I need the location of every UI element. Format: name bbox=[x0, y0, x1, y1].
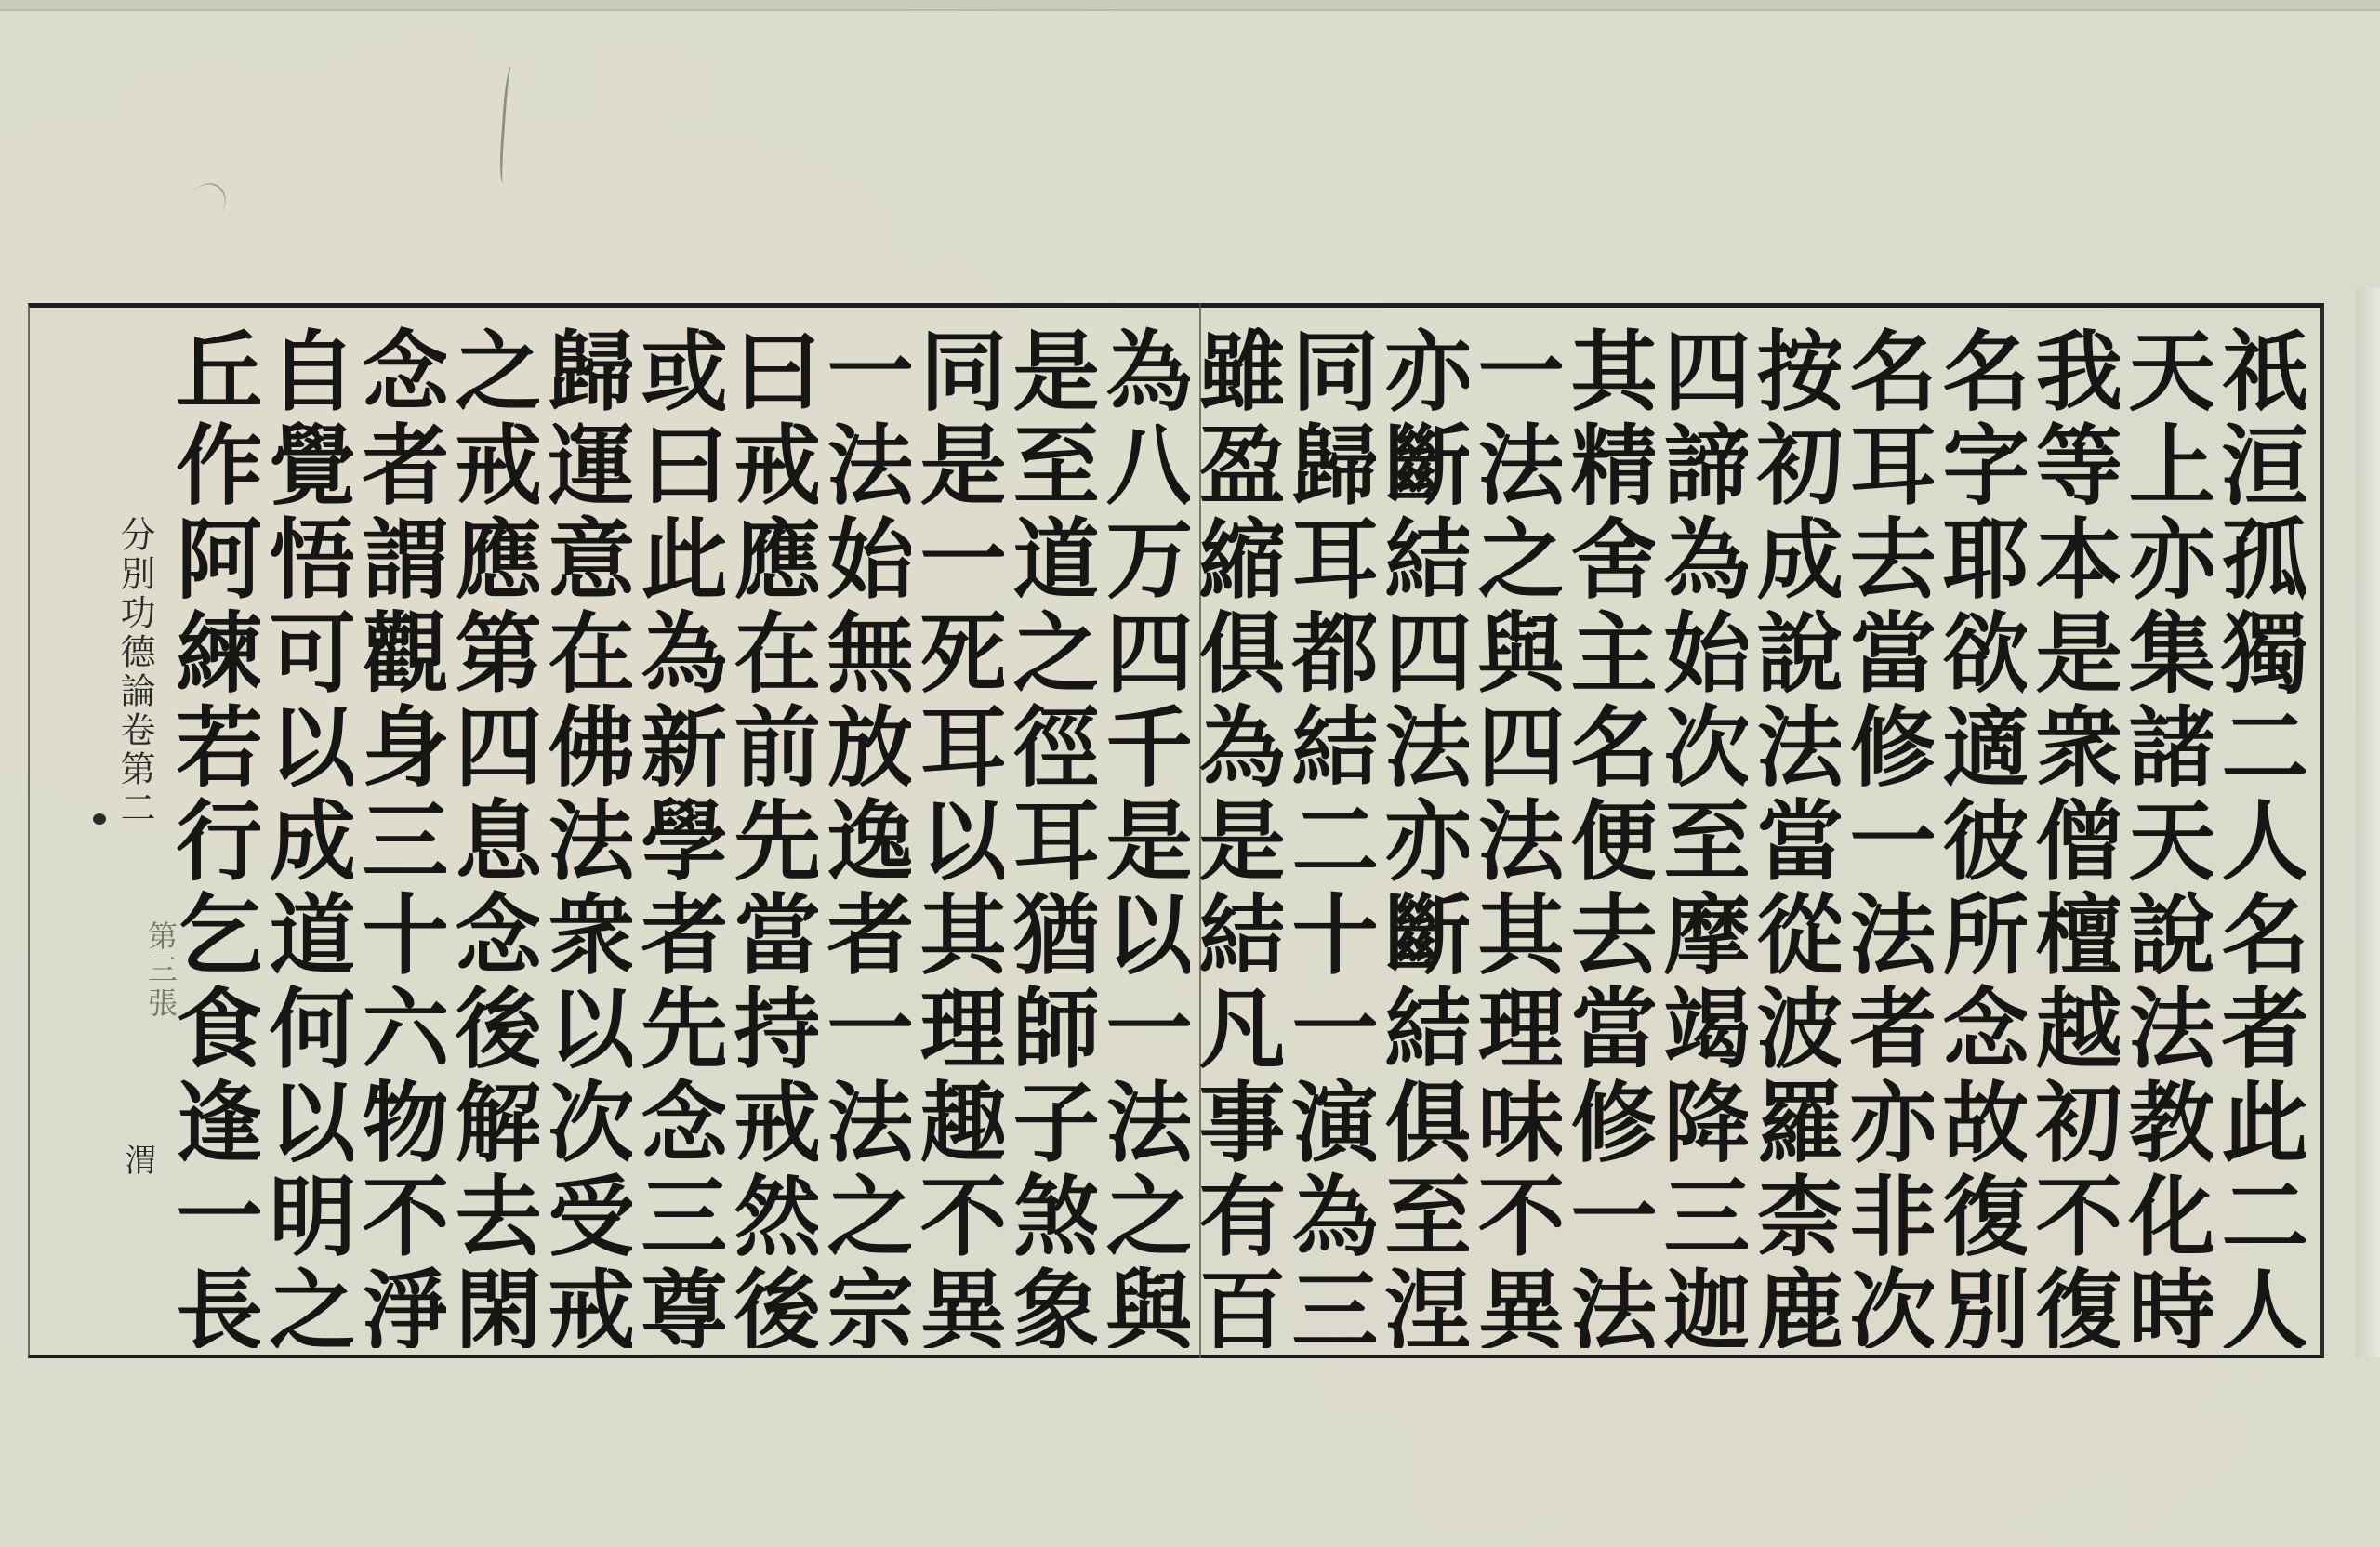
text-column-23: 丘作阿練若行乞食逢一長者女從 bbox=[167, 325, 260, 1348]
margin-volume-title: 分別功德論卷第二 bbox=[110, 516, 161, 828]
text-column-2: 天上亦集諸天說法教化時心念言 bbox=[2120, 325, 2213, 1348]
text-column-19: 歸運意在佛法衆以次受戒以是言 bbox=[539, 325, 632, 1348]
text-column-12: 雖盈縮俱為是結凡事有百一舒復 bbox=[1190, 325, 1283, 1348]
margin-ink-dot bbox=[93, 813, 106, 825]
text-column-4: 名字耶欲適彼所念故復別稱二人 bbox=[1934, 325, 2027, 1348]
ink-stroke-mark bbox=[498, 67, 519, 184]
page-top-fold bbox=[0, 0, 2380, 11]
text-column-10: 亦斷結四法亦斷結俱至涅槃殊途 bbox=[1376, 325, 1469, 1348]
text-column-14: 是至道之徑耳猶師子煞象之煞兎 bbox=[1004, 325, 1097, 1348]
text-column-9: 一法之與四法其理味不異故也一法 bbox=[1469, 325, 1562, 1348]
margin-page-number: 第三張 bbox=[139, 920, 182, 1021]
text-column-3: 我等本是衆僧檀越初不復稱我等 bbox=[2027, 325, 2120, 1348]
text-column-11: 同歸耳都結二十一演為三十六數 bbox=[1283, 325, 1376, 1348]
text-columns: 祇洹孤獨二人名者此二人先亡今在 天上亦集諸天說法教化時心念言 我等本是衆僧檀越初… bbox=[167, 325, 2306, 1348]
text-column-20: 之戒應第四息念後解去閑靜身苦 bbox=[446, 325, 539, 1348]
text-column-6: 按初成說法當從波羅柰鹿野苑說 bbox=[1748, 325, 1841, 1348]
text-column-22: 自覺悟可以成道何以明之昔有比 bbox=[260, 325, 353, 1348]
text-column-17: 曰戒應在前先當持戒然後念三尊 bbox=[725, 325, 818, 1348]
text-column-16: 一法始無放逸者一法之宗也或問 bbox=[818, 325, 911, 1348]
text-column-7: 四諦為始次至摩竭降三迦葉因稱 bbox=[1655, 325, 1748, 1348]
text-column-13: 為八万四千是以一法之與千万同 bbox=[1097, 325, 1190, 1348]
text-column-1: 祇洹孤獨二人名者此二人先亡今在 bbox=[2213, 325, 2306, 1348]
text-column-18: 或曰此為新學者先念三尊即三自 bbox=[632, 325, 725, 1348]
page-right-edge bbox=[2356, 288, 2380, 1357]
text-column-5: 名耳去當修一法者亦非次第說若 bbox=[1841, 325, 1934, 1348]
text-column-8: 其精舍主名便去當修一法者以其 bbox=[1562, 325, 1655, 1348]
text-column-15: 同是一死耳以其理趣不異故便從 bbox=[911, 325, 1004, 1348]
ink-stroke-mark bbox=[175, 175, 234, 236]
margin-carver-mark: 渭 bbox=[115, 1144, 161, 1175]
text-column-21: 念者謂觀身三十六物不淨悪露以 bbox=[353, 325, 446, 1348]
